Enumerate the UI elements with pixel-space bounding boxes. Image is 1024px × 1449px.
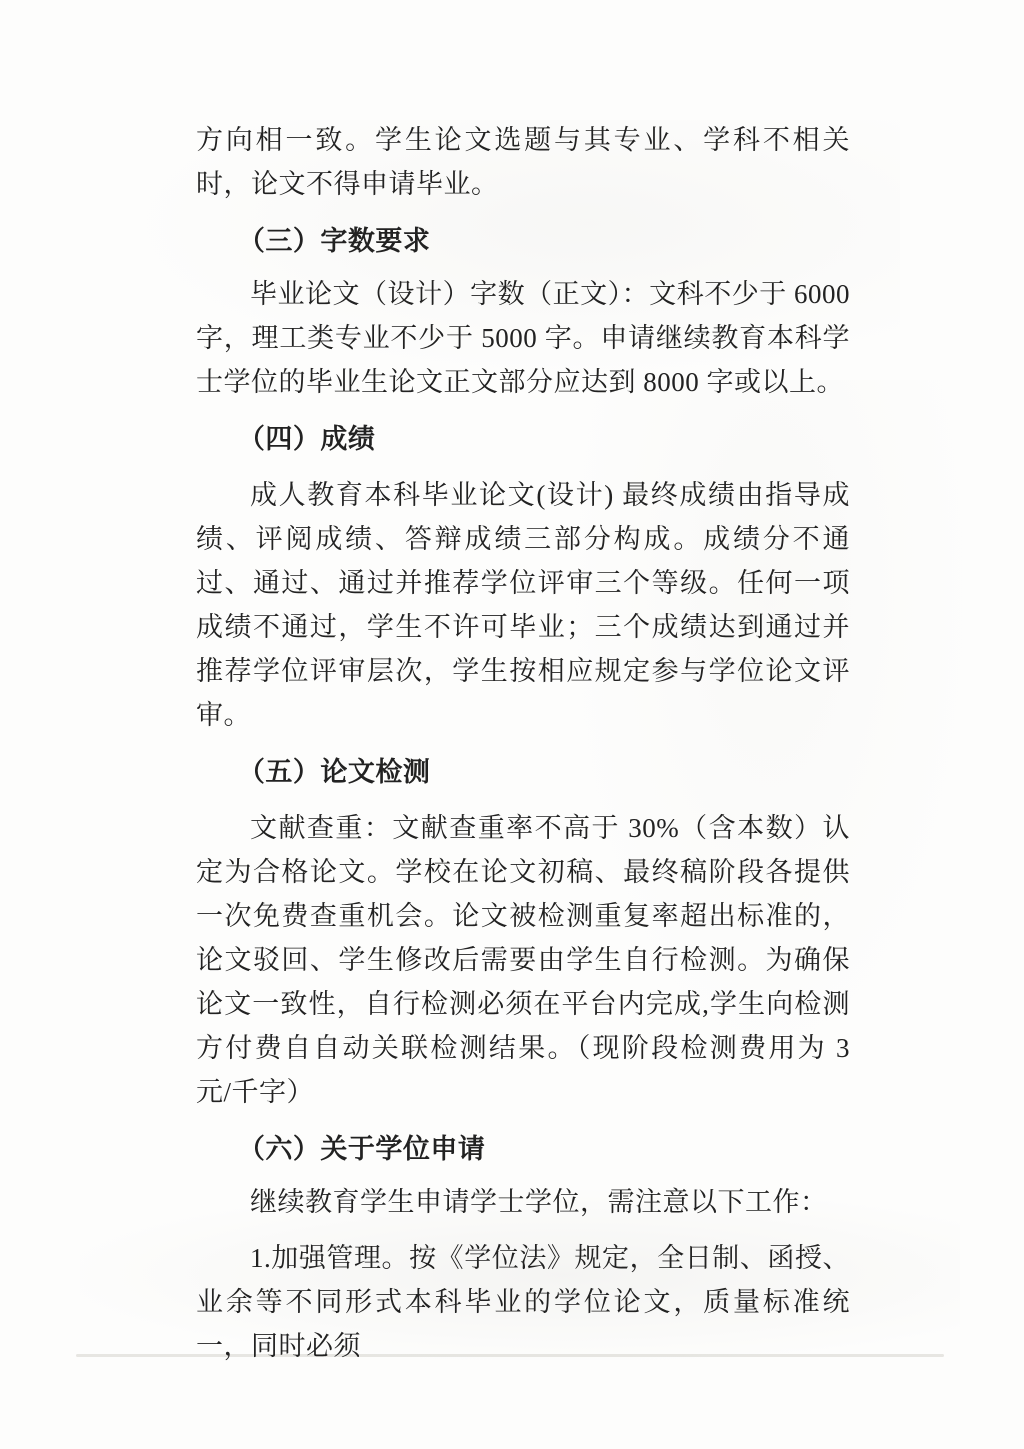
paragraph: 毕业论文（设计）字数（正文）：文科不少于 6000 字，理工类专业不少于 500… [196,272,850,404]
paragraph: 继续教育学生申请学士学位，需注意以下工作： [196,1180,850,1224]
section-heading: （三）字数要求 [196,219,850,263]
section-heading: （五）论文检测 [196,750,850,794]
section-heading: （四）成绩 [196,417,850,461]
section-heading: （六）关于学位申请 [196,1127,850,1171]
scanned-document-page: { "page": { "kind": "scanned-document", … [0,0,1024,1449]
paragraph: 方向相一致。学生论文选题与其专业、学科不相关时，论文不得申请毕业。 [196,118,850,206]
paragraph: 成人教育本科毕业论文(设计) 最终成绩由指导成绩、评阅成绩、答辩成绩三部分构成。… [196,473,850,737]
paragraph: 文献查重：文献查重率不高于 30%（含本数）认定为合格论文。学校在论文初稿、最终… [196,806,850,1114]
document-text-block: 方向相一致。学生论文选题与其专业、学科不相关时，论文不得申请毕业。（三）字数要求… [196,118,850,1376]
paragraph: 1.加强管理。按《学位法》规定，全日制、函授、业余等不同形式本科毕业的学位论文，… [196,1236,850,1368]
